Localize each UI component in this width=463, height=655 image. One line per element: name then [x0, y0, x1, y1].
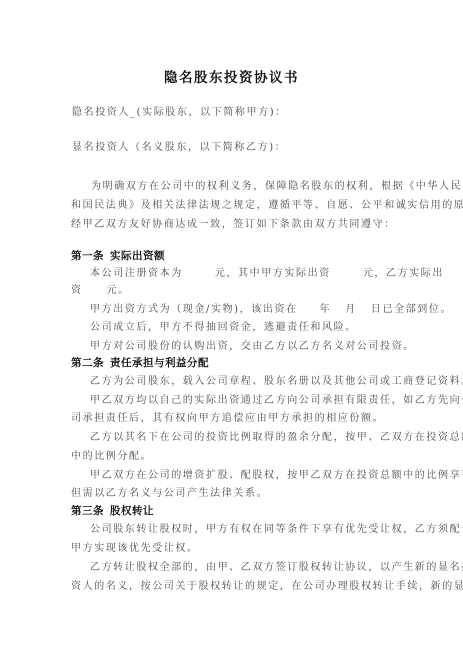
article-2-line-3: 司承担责任后，其有权向甲方追偿应由甲方承担的相应份额。	[71, 413, 384, 425]
article-2-line-7: 但需以乙方名义与公司产生法律关系。	[71, 488, 268, 500]
party-a-line: 隐名投资人_(实际股东，以下简称甲方)：	[72, 107, 287, 119]
text-segment: 元。	[107, 285, 130, 296]
document-page: 隐名股东投资协议书 隐名投资人_(实际股东，以下简称甲方)： 显名投资人（名义股…	[0, 0, 463, 655]
text-segment: 元，乙方实际出	[363, 268, 444, 279]
document-title: 隐名股东投资协议书	[0, 66, 463, 86]
text-segment: 甲方出资方式为（现金/实物)，该出资在	[90, 304, 298, 315]
article-2-title: 责任承担与利益分配	[110, 357, 209, 369]
article-2-line-1: 乙方为公司股东，载入公司章程、股东名册以及其他公司或工商登记资料。	[90, 376, 463, 388]
article-3-line-4: 资人的名义，按公司关于股权转让的规定，在公司办理股权转让手续，新的显名	[71, 581, 463, 593]
article-1-heading: 第一条实际出资额	[71, 250, 165, 262]
text-segment: 本公司注册资本为	[90, 268, 183, 279]
article-1-line-5: 甲方对公司股份的认购出资，交由乙方以乙方名义对公司投资。	[90, 341, 415, 353]
text-segment: 元，其中甲方实际出资	[215, 268, 331, 279]
text-segment: 日已全部到位。	[371, 304, 452, 315]
article-1-line-2: 资元。	[71, 285, 130, 297]
article-2-heading: 第二条责任承担与利益分配	[71, 357, 209, 369]
preamble-line-1: 为明确双方在公司中的权利义务，保障隐名股东的权利，根据《中华人民共	[91, 181, 463, 193]
article-2-line-5: 中的比例分配。	[71, 451, 152, 463]
article-2-line-4: 乙方以其名下在公司的投资比例取得的盈余分配，按甲、乙双方在投资总额	[90, 432, 463, 444]
article-1-line-4: 公司成立后，甲方不得抽回资金，逃避责任和风险。	[90, 322, 357, 334]
article-3-line-1: 公司股东转让股权时，甲方有权在同等条件下享有优先受让权，乙方须配合	[90, 524, 463, 536]
article-2-line-6: 甲乙双方在公司的增资扩股、配股权，按甲乙双方在投资总额中的比例享有，	[90, 470, 463, 482]
article-1-number: 第一条	[71, 250, 104, 262]
article-3-line-2: 甲方实现该优先受让权。	[71, 543, 199, 555]
article-3-title: 股权转让	[110, 505, 154, 517]
text-segment: 月	[345, 304, 357, 315]
text-segment: 资	[71, 285, 83, 296]
preamble-line-3: 经甲乙双方友好协商达成一致，签订如下条款由双方共同遵守：	[71, 219, 396, 231]
party-b-line: 显名投资人（名义股东，以下简称乙方)：	[72, 142, 286, 154]
preamble-line-2: 和国民法典》及相关法律法规之规定，遵循平等、自愿、公平和诚实信用的原则，	[71, 200, 463, 212]
article-2-number: 第二条	[71, 357, 104, 369]
article-3-number: 第三条	[71, 505, 104, 517]
article-1-title: 实际出资额	[110, 250, 165, 262]
article-2-line-2: 甲乙双方均以自己的实际出资通过乙方向公司承担有限责任，如乙方先向公	[90, 395, 463, 407]
article-1-line-3: 甲方出资方式为（现金/实物)，该出资在年月日已全部到位。	[90, 304, 452, 316]
article-3-heading: 第三条股权转让	[71, 505, 154, 517]
text-segment: 年	[320, 304, 332, 315]
article-3-line-3: 乙方转让股权全部的，由甲、乙双方签订股权转让协议，以产生新的显名投	[90, 562, 463, 574]
article-1-line-1: 本公司注册资本为元，其中甲方实际出资元，乙方实际出	[90, 268, 444, 280]
